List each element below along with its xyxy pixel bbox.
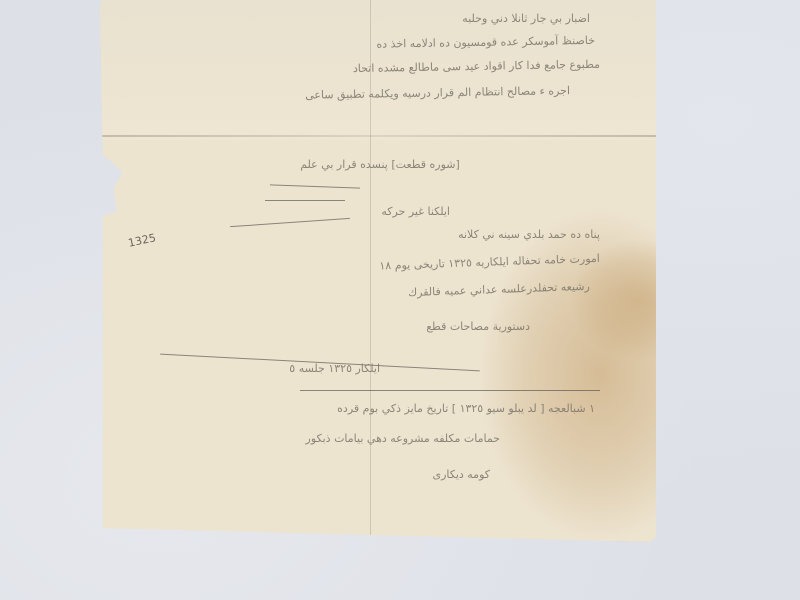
handwritten-line: ١ شبالعجه [ لد يبلو سيو ١٣٢٥ ] تاريخ ماي… [100, 402, 595, 416]
handwritten-line: دستورية مصاحات قطع [220, 320, 530, 334]
handwritten-line: اجره ء مصالح انتظام الم قرار درسيه ويكلم… [120, 84, 570, 106]
handwritten-heading: [شوره قطعت] پنسده قرار بي علم [250, 158, 510, 172]
handwritten-line: امورت خامه تحفاله ايلكاريه ١٣٢٥ تاريخى ي… [130, 252, 600, 282]
pencil-rule [270, 184, 360, 188]
pencil-rule [265, 200, 345, 201]
pencil-underline [230, 218, 350, 227]
handwritten-line: رشيعه تحفلدرعلسه عداني عميه فالقرك [120, 280, 590, 310]
handwritten-line: ايلكار ١٣٢٥ جلسه ٥ [160, 362, 380, 376]
handwritten-line: خاصنظ آموسكر عده قومسيون ده ادلامه اخذ د… [120, 34, 595, 56]
handwritten-line: اضبار بي جار ثانلا دني وحلبه [130, 12, 590, 26]
handwriting-block: اضبار بي جار ثانلا دني وحلبه خاصنظ آموسك… [100, 0, 656, 542]
handwritten-line: پناه ده حمد بلدي سينه ني كلانه [230, 228, 600, 242]
margin-year-note: 1325 [127, 231, 157, 250]
handwritten-line: مطبوع جامع فدا كار اقواد عيد سى ماطالع م… [110, 58, 600, 81]
handwritten-line: ايلكنا غير حركه [230, 205, 450, 219]
handwritten-line: حمامات مكلفه مشروعه دهي بيامات ذبكور [120, 432, 500, 446]
handwritten-signature: كومه ديكارى [400, 468, 490, 482]
document-paper: اضبار بي جار ثانلا دني وحلبه خاصنظ آموسك… [100, 0, 656, 542]
pencil-rule [300, 390, 600, 391]
